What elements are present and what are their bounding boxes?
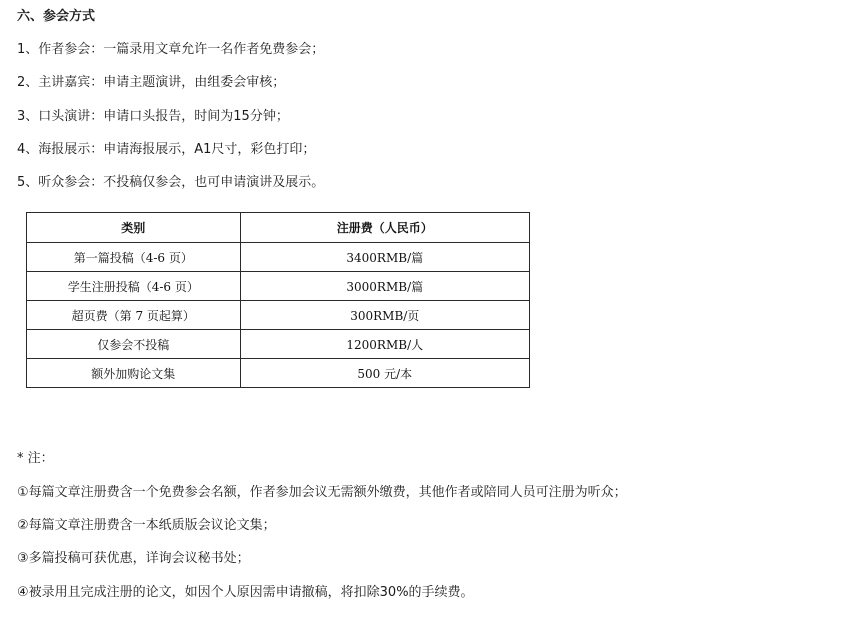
participation-item: 5、听众参会：不投稿仅参会，也可申请演讲及展示。 <box>17 174 324 192</box>
table-header-row: 类别 注册费（人民币） <box>27 213 530 243</box>
note-item: ②每篇文章注册费含一本纸质版会议论文集； <box>17 517 276 535</box>
table-row: 学生注册投稿（4-6 页） 3000RMB/篇 <box>27 272 530 301</box>
table-row: 额外加购论文集 500 元/本 <box>27 359 530 388</box>
category-cell: 仅参会不投稿 <box>27 330 241 359</box>
note-item: ①每篇文章注册费含一个免费参会名额，作者参加会议无需额外缴费，其他作者或陪同人员… <box>17 484 627 502</box>
fee-cell: 500 元/本 <box>240 359 529 388</box>
registration-fee-table: 类别 注册费（人民币） 第一篇投稿（4-6 页） 3400RMB/篇 学生注册投… <box>26 212 530 388</box>
note-item: ③多篇投稿可获优惠，详询会议秘书处； <box>17 550 250 568</box>
participation-item: 4、海报展示：申请海报展示，A1尺寸，彩色打印； <box>17 141 315 159</box>
column-header-category: 类别 <box>27 213 241 243</box>
participation-item: 2、主讲嘉宾：申请主题演讲，由组委会审核； <box>17 74 285 92</box>
table-row: 超页费（第 7 页起算） 300RMB/页 <box>27 301 530 330</box>
fee-cell: 1200RMB/人 <box>240 330 529 359</box>
section-title: 六、参会方式 <box>17 8 95 26</box>
table-row: 第一篇投稿（4-6 页） 3400RMB/篇 <box>27 243 530 272</box>
participation-item: 3、口头演讲：申请口头报告，时间为15分钟； <box>17 108 289 126</box>
table-row: 仅参会不投稿 1200RMB/人 <box>27 330 530 359</box>
fee-cell: 3400RMB/篇 <box>240 243 529 272</box>
notes-title: * 注： <box>17 450 54 468</box>
category-cell: 额外加购论文集 <box>27 359 241 388</box>
column-header-fee: 注册费（人民币） <box>240 213 529 243</box>
fee-cell: 3000RMB/篇 <box>240 272 529 301</box>
category-cell: 学生注册投稿（4-6 页） <box>27 272 241 301</box>
category-cell: 第一篇投稿（4-6 页） <box>27 243 241 272</box>
category-cell: 超页费（第 7 页起算） <box>27 301 241 330</box>
fee-cell: 300RMB/页 <box>240 301 529 330</box>
note-item: ④被录用且完成注册的论文，如因个人原因需申请撤稿，将扣除30%的手续费。 <box>17 584 474 602</box>
participation-item: 1、作者参会：一篇录用文章允许一名作者免费参会； <box>17 41 324 59</box>
